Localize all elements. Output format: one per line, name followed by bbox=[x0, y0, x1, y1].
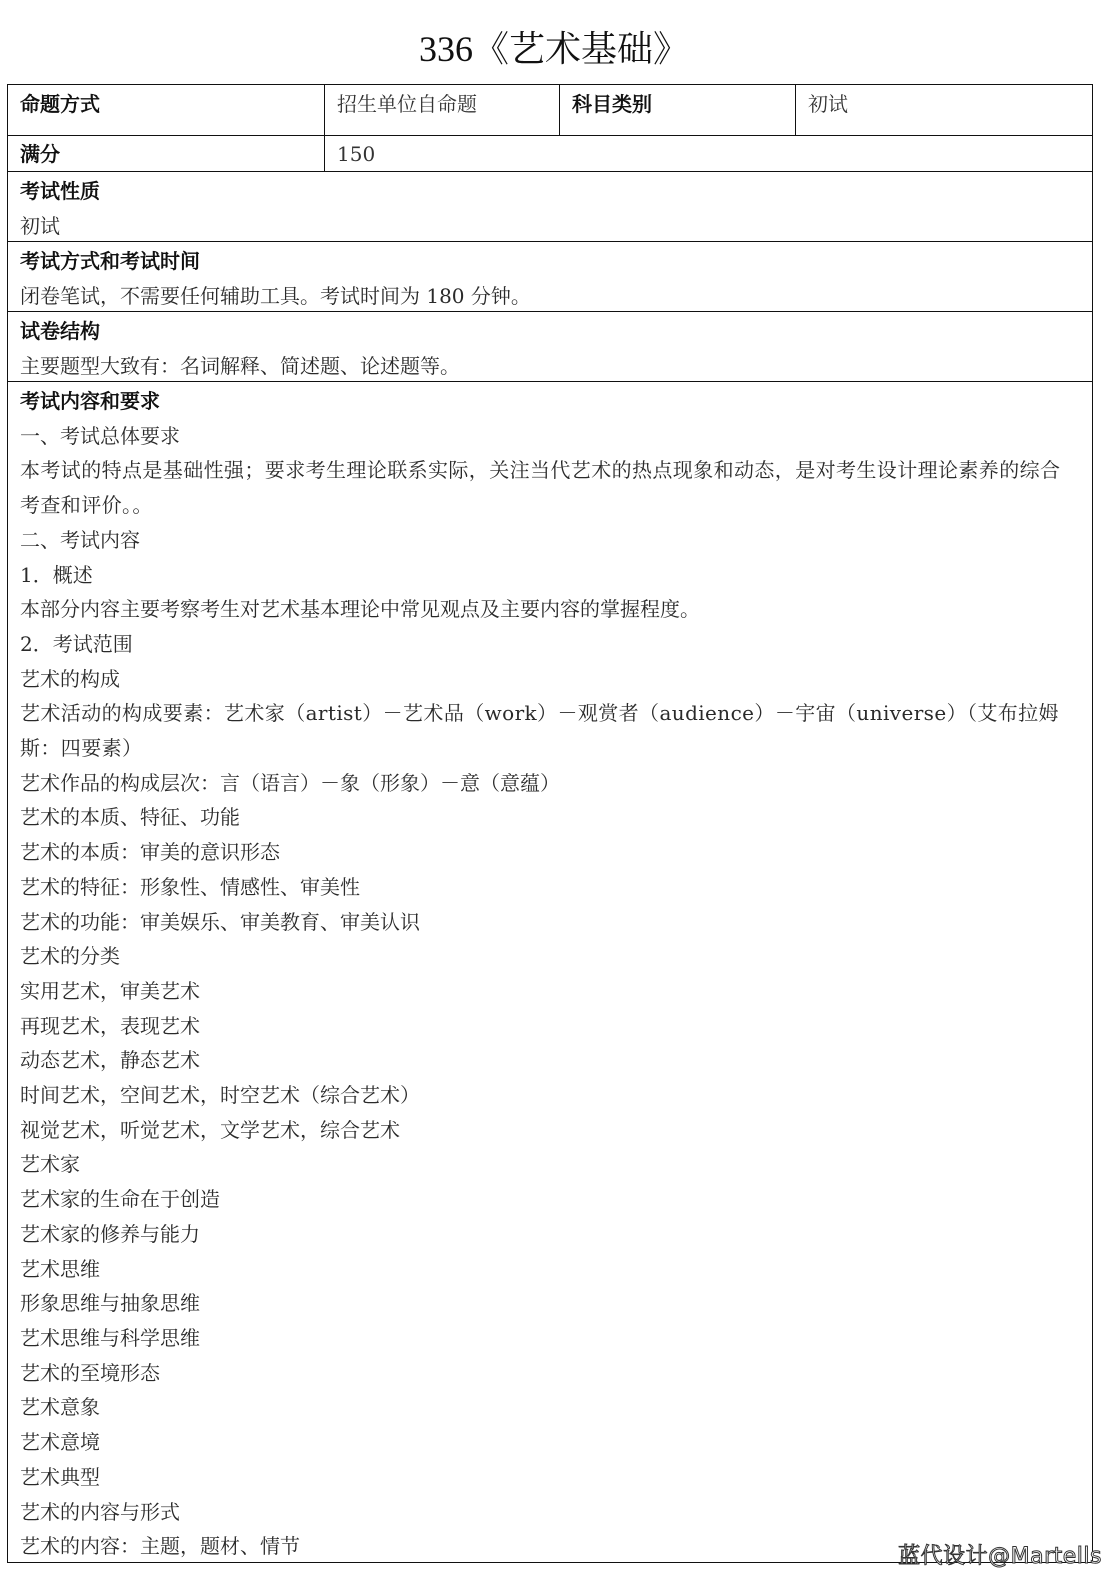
label-full-score: 满分 bbox=[8, 136, 324, 171]
value-proposition-method: 招生单位自命题 bbox=[324, 85, 559, 135]
section-exam-nature: 考试性质 初试 bbox=[8, 172, 1092, 242]
section-exam-content-requirements: 考试内容和要求 一、考试总体要求 本考试的特点是基础性强；要求考生理论联系实际，… bbox=[8, 382, 1092, 1562]
topic-line: 艺术家 bbox=[20, 1147, 1080, 1182]
topic-line: 艺术意象 bbox=[20, 1390, 1080, 1425]
topic-line: 艺术意境 bbox=[20, 1425, 1080, 1460]
subheading-exam-scope: 2．考试范围 bbox=[20, 627, 1080, 662]
topic-line: 艺术思维 bbox=[20, 1252, 1080, 1287]
table-row-proposition: 命题方式 招生单位自命题 科目类别 初试 bbox=[8, 85, 1092, 136]
topic-line: 艺术的分类 bbox=[20, 939, 1080, 974]
section-heading: 试卷结构 bbox=[20, 314, 1080, 349]
topic-line: 艺术思维与科学思维 bbox=[20, 1321, 1080, 1356]
topic-line: 艺术的特征：形象性、情感性、审美性 bbox=[20, 870, 1080, 905]
table-row-full-score: 满分 150 bbox=[8, 136, 1092, 172]
topic-line: 再现艺术，表现艺术 bbox=[20, 1009, 1080, 1044]
label-proposition-method: 命题方式 bbox=[8, 85, 324, 135]
section-paper-structure: 试卷结构 主要题型大致有：名词解释、简述题、论述题等。 bbox=[8, 312, 1092, 382]
watermark: 蓝代设计@Martells bbox=[898, 1543, 1102, 1571]
topic-line: 艺术的功能：审美娱乐、审美教育、审美认识 bbox=[20, 905, 1080, 940]
topic-line: 艺术活动的构成要素：艺术家（artist）－艺术品（work）－观赏者（audi… bbox=[20, 696, 1080, 765]
section-line: 初试 bbox=[20, 209, 1080, 244]
value-subject-category: 初试 bbox=[795, 85, 1092, 135]
topic-line: 艺术的本质：审美的意识形态 bbox=[20, 835, 1080, 870]
document-title: 336《艺术基础》 bbox=[0, 24, 1108, 74]
topic-line: 艺术典型 bbox=[20, 1460, 1080, 1495]
section-heading: 考试方式和考试时间 bbox=[20, 244, 1080, 279]
subheading-overview: 1．概述 bbox=[20, 558, 1080, 593]
section-line: 闭卷笔试，不需要任何辅助工具。考试时间为 180 分钟。 bbox=[20, 279, 1080, 314]
topic-line: 艺术的本质、特征、功能 bbox=[20, 800, 1080, 835]
topic-line: 艺术的内容与形式 bbox=[20, 1495, 1080, 1530]
topic-line: 形象思维与抽象思维 bbox=[20, 1286, 1080, 1321]
topic-line: 视觉艺术，听觉艺术，文学艺术，综合艺术 bbox=[20, 1113, 1080, 1148]
topic-line: 实用艺术，审美艺术 bbox=[20, 974, 1080, 1009]
subheading-overall-requirements: 一、考试总体要求 bbox=[20, 419, 1080, 454]
topic-line: 艺术家的修养与能力 bbox=[20, 1217, 1080, 1252]
topic-line: 艺术作品的构成层次：言（语言）－象（形象）－意（意蕴） bbox=[20, 766, 1080, 801]
paragraph-overview: 本部分内容主要考察考生对艺术基本理论中常见观点及主要内容的掌握程度。 bbox=[20, 592, 1080, 627]
section-line: 主要题型大致有：名词解释、简述题、论述题等。 bbox=[20, 349, 1080, 384]
section-exam-method-time: 考试方式和考试时间 闭卷笔试，不需要任何辅助工具。考试时间为 180 分钟。 bbox=[8, 242, 1092, 312]
exam-info-table: 命题方式 招生单位自命题 科目类别 初试 满分 150 考试性质 初试 考试方式… bbox=[7, 84, 1093, 1563]
topic-line: 艺术的构成 bbox=[20, 662, 1080, 697]
topic-line: 艺术家的生命在于创造 bbox=[20, 1182, 1080, 1217]
topic-line: 时间艺术，空间艺术，时空艺术（综合艺术） bbox=[20, 1078, 1080, 1113]
section-heading: 考试性质 bbox=[20, 174, 1080, 209]
subheading-exam-content: 二、考试内容 bbox=[20, 523, 1080, 558]
section-heading: 考试内容和要求 bbox=[20, 384, 1080, 419]
paragraph-overall-requirements: 本考试的特点是基础性强；要求考生理论联系实际，关注当代艺术的热点现象和动态，是对… bbox=[20, 453, 1080, 522]
topic-line: 动态艺术，静态艺术 bbox=[20, 1043, 1080, 1078]
value-full-score: 150 bbox=[324, 136, 1092, 171]
topic-line: 艺术的至境形态 bbox=[20, 1356, 1080, 1391]
label-subject-category: 科目类别 bbox=[559, 85, 795, 135]
